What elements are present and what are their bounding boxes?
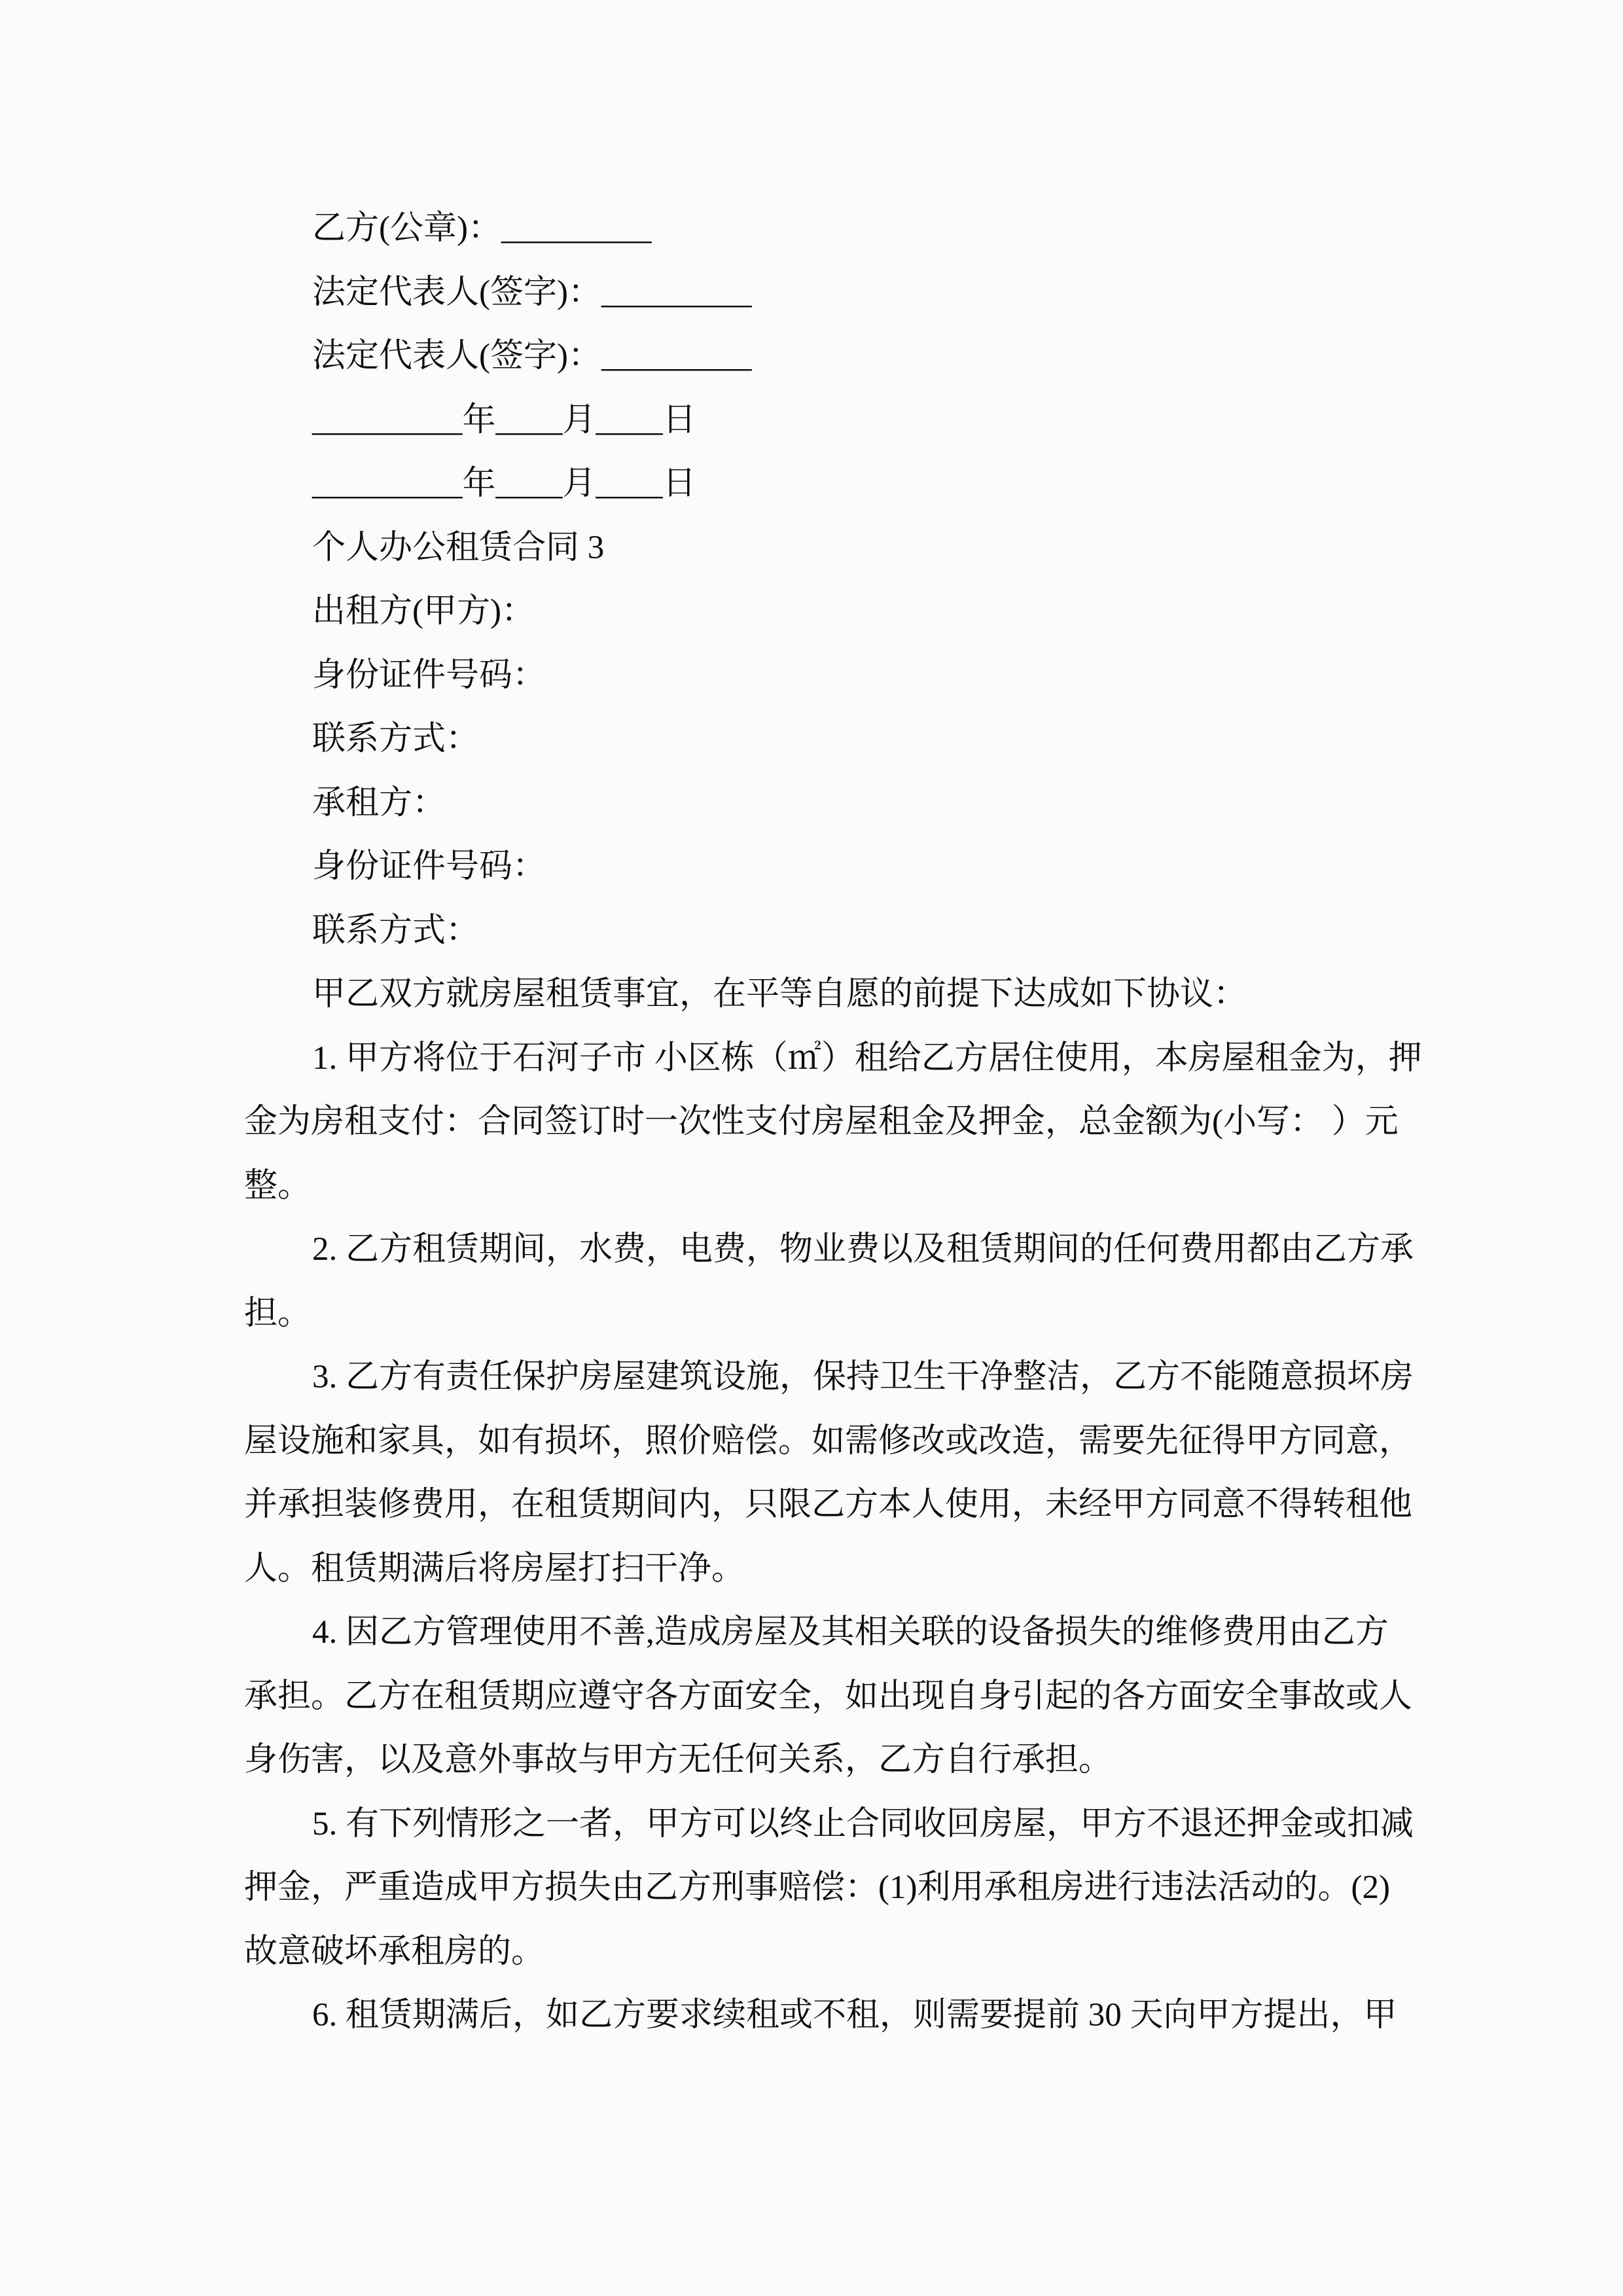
clause-5-line-1: 5. 有下列情形之一者，甲方可以终止合同收回房屋，甲方不退还押金或扣减 xyxy=(244,1793,1396,1857)
clause-1-line-2: 金为房租支付：合同签订时一次性支付房屋租金及押金，总金额为(小写： ）元 xyxy=(244,1090,1396,1155)
lessee-label-line: 承租方： xyxy=(244,772,1396,836)
lessor-label-line: 出租方(甲方)： xyxy=(244,580,1396,644)
date-blank-line-2: _________年____月____日 xyxy=(244,452,1396,516)
lessee-contact-line: 联系方式： xyxy=(244,899,1396,963)
clause-3-line-4: 人。租赁期满后将房屋打扫干净。 xyxy=(244,1537,1396,1602)
preamble-line: 甲乙双方就房屋租赁事宜，在平等自愿的前提下达成如下协议： xyxy=(244,963,1396,1027)
legal-rep-signature-line-1: 法定代表人(签字)：_________ xyxy=(244,261,1396,325)
clause-2-line-2: 担。 xyxy=(244,1282,1396,1346)
contract-text-block: 乙方(公章)：_________ 法定代表人(签字)：_________ 法定代… xyxy=(244,197,1396,2048)
clause-1-line-3: 整。 xyxy=(244,1155,1396,1219)
legal-rep-signature-line-2: 法定代表人(签字)：_________ xyxy=(244,325,1396,389)
clause-3-line-2: 屋设施和家具，如有损坏，照价赔偿。如需修改或改造，需要先征得甲方同意， xyxy=(244,1410,1396,1474)
contract-title: 个人办公租赁合同 3 xyxy=(244,516,1396,581)
clause-4-line-3: 身伤害，以及意外事故与甲方无任何关系，乙方自行承担。 xyxy=(244,1729,1396,1793)
date-blank-line-1: _________年____月____日 xyxy=(244,389,1396,453)
lessor-contact-line: 联系方式： xyxy=(244,708,1396,772)
clause-5-line-2: 押金，严重造成甲方损失由乙方刑事赔偿：(1)利用承租房进行违法活动的。(2) xyxy=(244,1856,1396,1920)
clause-2-line-1: 2. 乙方租赁期间，水费，电费，物业费以及租赁期间的任何费用都由乙方承 xyxy=(244,1218,1396,1282)
clause-1-line-1: 1. 甲方将位于石河子市 小区栋（㎡）租给乙方居住使用，本房屋租金为，押 xyxy=(244,1027,1396,1091)
party-b-seal-line: 乙方(公章)：_________ xyxy=(244,197,1396,261)
clause-3-line-3: 并承担装修费用，在租赁期间内，只限乙方本人使用，未经甲方同意不得转租他 xyxy=(244,1473,1396,1537)
clause-4-line-1: 4. 因乙方管理使用不善,造成房屋及其相关联的设备损失的维修费用由乙方 xyxy=(244,1601,1396,1665)
clause-6-line-1: 6. 租赁期满后，如乙方要求续租或不租，则需要提前 30 天向甲方提出，甲 xyxy=(244,1984,1396,2048)
clause-4-line-2: 承担。乙方在租赁期应遵守各方面安全，如出现自身引起的各方面安全事故或人 xyxy=(244,1665,1396,1729)
lessee-id-line: 身份证件号码： xyxy=(244,835,1396,899)
contract-page: 乙方(公章)：_________ 法定代表人(签字)：_________ 法定代… xyxy=(0,0,1623,2296)
clause-3-line-1: 3. 乙方有责任保护房屋建筑设施，保持卫生干净整洁，乙方不能随意损坏房 xyxy=(244,1346,1396,1410)
clause-5-line-3: 故意破坏承租房的。 xyxy=(244,1920,1396,1984)
lessor-id-line: 身份证件号码： xyxy=(244,644,1396,708)
